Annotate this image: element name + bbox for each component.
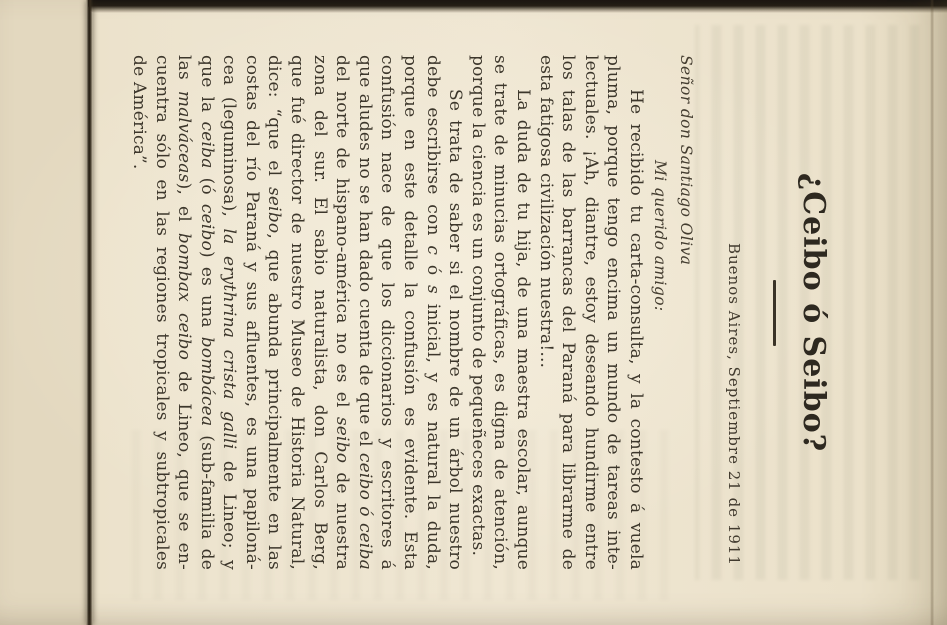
addressee-line: Señor don Santiago Oliva bbox=[677, 55, 695, 265]
text-line: pluma, porque tengo encima un mundo de t… bbox=[602, 55, 625, 570]
text-line: los talas de las barrancas del Paraná pa… bbox=[557, 55, 580, 570]
text-line: He recibido tu carta-consulta, y la cont… bbox=[624, 55, 647, 570]
text-line: confusión nace de que los diccionarios y… bbox=[376, 55, 399, 570]
text-line: Se trata de saber si el nombre de un árb… bbox=[444, 55, 467, 570]
text-line: costas del río Paraná y sus afluentes, e… bbox=[240, 55, 263, 570]
text-line: del norte de hispano-américa no es el se… bbox=[331, 55, 354, 570]
salutation-line: Mi querido amigo: bbox=[651, 160, 669, 312]
text-line: esta fatigosa civilización nuestra!... bbox=[534, 55, 557, 570]
title-rule-divider bbox=[773, 280, 776, 346]
paragraph: Se trata de saber si el nombre de un árb… bbox=[127, 55, 466, 570]
binding-shadow-top-thin bbox=[300, 0, 887, 7]
page-title: ¿Ceibo ó Seibo? bbox=[796, 55, 831, 570]
dateline: Buenos Aires, Septiembre 21 de 1911 bbox=[725, 243, 743, 566]
text-line: debe escribirse con c ó s inicial, y es … bbox=[421, 55, 444, 570]
text-block: ¿Ceibo ó Seibo? Buenos Aires, Septiembre… bbox=[0, 55, 947, 570]
text-line: porque en este detalle la confusión es e… bbox=[398, 55, 421, 570]
text-line: se trate de minucias ortográficas, es di… bbox=[489, 55, 512, 570]
text-line: que la ceiba (ó ceibo) es una bombácea (… bbox=[195, 55, 218, 570]
paragraph: He recibido tu carta-consulta, y la cont… bbox=[534, 55, 647, 570]
text-line: lectuales. ¡Ah, diantre, estoy deseando … bbox=[579, 55, 602, 570]
text-line: que aludes no se han dado cuenta de que … bbox=[353, 55, 376, 570]
page-edge-shadow bbox=[930, 0, 934, 625]
text-line: porque la ciencia es un conjunto de pequ… bbox=[466, 55, 489, 570]
text-line: de América”. bbox=[127, 55, 150, 570]
text-line: La duda de tu hija, de una maestra escol… bbox=[511, 55, 534, 570]
page-fold-shadow-line bbox=[86, 0, 93, 625]
text-line: que fué director de nuestro Museo de His… bbox=[286, 55, 309, 570]
text-line: zona del sur. El sabio naturalista, don … bbox=[308, 55, 331, 570]
text-line: cea (leguminosa), la erythrina crista ga… bbox=[218, 55, 241, 570]
text-line: las malváceas), el bombax ceibo de Lineo… bbox=[173, 55, 196, 570]
scanned-book-page: ¿Ceibo ó Seibo? Buenos Aires, Septiembre… bbox=[0, 0, 947, 625]
paragraph: La duda de tu hija, de una maestra escol… bbox=[466, 55, 534, 570]
text-line: dice: “que el seibo, que abunda principa… bbox=[263, 55, 286, 570]
page-content-rotated: ¿Ceibo ó Seibo? Buenos Aires, Septiembre… bbox=[0, 0, 947, 625]
letter-body: He recibido tu carta-consulta, y la cont… bbox=[127, 55, 647, 570]
text-line: cuentra sólo en las regiones tropicales … bbox=[150, 55, 173, 570]
